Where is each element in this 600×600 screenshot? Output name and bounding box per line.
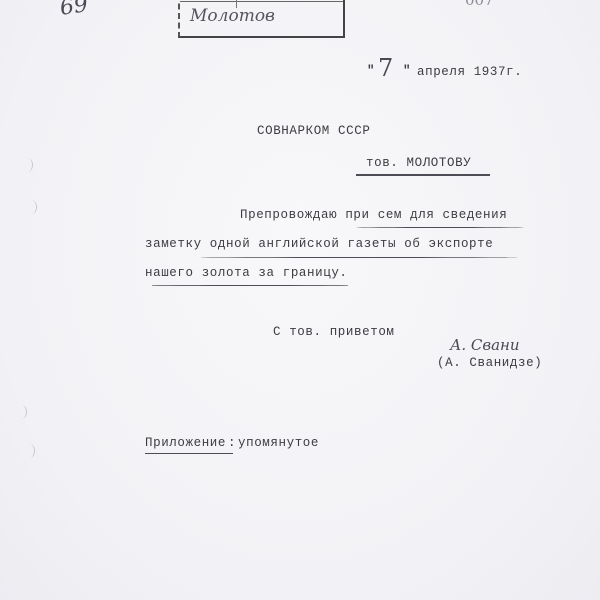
body-line-2: заметку одной английской газеты об экспо… [145,237,493,251]
punch-hole-mark [22,158,33,172]
date-quote-open: " [367,64,375,78]
date-month-year: апреля 1937г. [417,65,522,79]
stamp-signature: Молотов [190,6,275,26]
archive-number: 007 [465,0,494,9]
addressee-recipient: тов. МОЛОТОВУ [366,156,471,170]
handwritten-underline [356,227,524,228]
handwritten-signature: А. Свани [450,336,520,354]
date-day: 7 [378,54,393,82]
signatory-name: (А. Сванидзе) [437,356,542,370]
body-line-1: Препровождаю при сем для сведения [240,208,507,222]
handwritten-underline [152,285,348,286]
attachment-separator: : [228,436,236,450]
closing-greeting: С тов. приветом [273,325,395,339]
document-page: 69 Молотов 007 " 7 " апреля 1937г. СОВНА… [0,0,600,600]
stamp-divider [180,1,343,2]
date-quote-close: " [403,64,411,78]
punch-hole-mark [26,200,37,214]
punch-hole-mark [16,405,27,419]
registration-stamp: Молотов [178,0,345,38]
body-line-3: нашего золота за границу. [145,266,348,280]
recipient-underline [356,174,490,176]
attachment-value: упомянутое [238,436,319,450]
handwritten-underline [200,257,518,258]
addressee-organization: СОВНАРКОМ СССР [257,124,370,138]
corner-handwritten-mark: 69 [58,0,89,21]
attachment-label: Приложение [145,436,226,450]
attachment-underline [145,453,233,454]
punch-hole-mark [24,444,35,458]
